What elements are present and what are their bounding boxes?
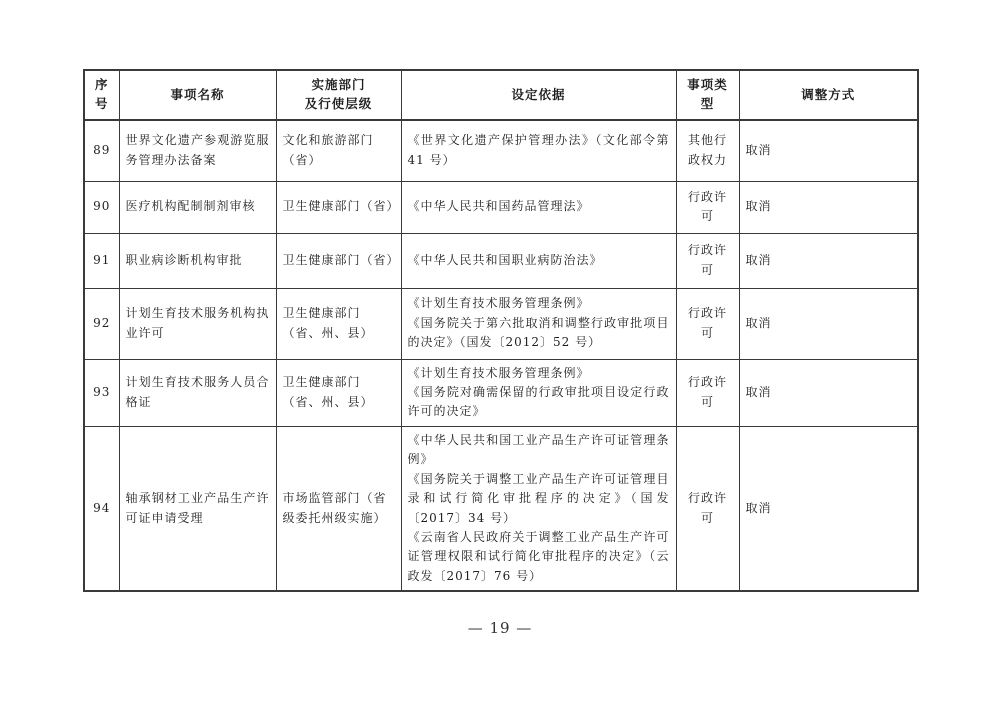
page-number: — 19 —: [0, 619, 1000, 637]
column-header-basis: 设定依据: [401, 70, 676, 120]
column-header-adjust: 调整方式: [739, 70, 918, 120]
document-page: 序号 事项名称 实施部门 及行使层级 设定依据 事项类型 调整方式 89 世界文…: [0, 0, 1000, 707]
cell-item-type: 行政许可: [676, 426, 739, 591]
cell-department: 卫生健康部门（省）: [276, 233, 401, 288]
cell-item-name: 轴承钢材工业产品生产许可证申请受理: [119, 426, 276, 591]
cell-adjustment: 取消: [739, 359, 918, 426]
cell-item-name: 职业病诊断机构审批: [119, 233, 276, 288]
cell-department: 文化和旅游部门（省）: [276, 120, 401, 181]
cell-index: 90: [84, 181, 119, 233]
cell-legal-basis: 《中华人民共和国职业病防治法》: [401, 233, 676, 288]
items-table: 序号 事项名称 实施部门 及行使层级 设定依据 事项类型 调整方式 89 世界文…: [83, 69, 919, 592]
cell-adjustment: 取消: [739, 288, 918, 359]
cell-item-type: 行政许可: [676, 181, 739, 233]
cell-item-type: 行政许可: [676, 233, 739, 288]
cell-index: 89: [84, 120, 119, 181]
table-row: 92 计划生育技术服务机构执业许可 卫生健康部门（省、州、县） 《计划生育技术服…: [84, 288, 918, 359]
cell-legal-basis: 《中华人民共和国工业产品生产许可证管理条例》 《国务院关于调整工业产品生产许可证…: [401, 426, 676, 591]
cell-department: 卫生健康部门（省、州、县）: [276, 359, 401, 426]
cell-item-name: 计划生育技术服务机构执业许可: [119, 288, 276, 359]
cell-item-name: 医疗机构配制制剂审核: [119, 181, 276, 233]
cell-legal-basis: 《计划生育技术服务管理条例》 《国务院关于第六批取消和调整行政审批项目的决定》（…: [401, 288, 676, 359]
cell-index: 94: [84, 426, 119, 591]
cell-legal-basis: 《世界文化遗产保护管理办法》（文化部令第 41 号）: [401, 120, 676, 181]
cell-adjustment: 取消: [739, 233, 918, 288]
cell-index: 93: [84, 359, 119, 426]
table-row: 91 职业病诊断机构审批 卫生健康部门（省） 《中华人民共和国职业病防治法》 行…: [84, 233, 918, 288]
table-row: 90 医疗机构配制制剂审核 卫生健康部门（省） 《中华人民共和国药品管理法》 行…: [84, 181, 918, 233]
column-header-index: 序号: [84, 70, 119, 120]
table-header-row: 序号 事项名称 实施部门 及行使层级 设定依据 事项类型 调整方式: [84, 70, 918, 120]
table-row: 93 计划生育技术服务人员合格证 卫生健康部门（省、州、县） 《计划生育技术服务…: [84, 359, 918, 426]
cell-adjustment: 取消: [739, 181, 918, 233]
cell-item-type: 行政许可: [676, 288, 739, 359]
cell-index: 91: [84, 233, 119, 288]
table-row: 94 轴承钢材工业产品生产许可证申请受理 市场监管部门（省级委托州级实施） 《中…: [84, 426, 918, 591]
column-header-dept: 实施部门 及行使层级: [276, 70, 401, 120]
cell-department: 市场监管部门（省级委托州级实施）: [276, 426, 401, 591]
cell-item-name: 计划生育技术服务人员合格证: [119, 359, 276, 426]
cell-item-name: 世界文化遗产参观游览服务管理办法备案: [119, 120, 276, 181]
cell-department: 卫生健康部门（省、州、县）: [276, 288, 401, 359]
cell-item-type: 其他行政权力: [676, 120, 739, 181]
cell-legal-basis: 《计划生育技术服务管理条例》 《国务院对确需保留的行政审批项目设定行政许可的决定…: [401, 359, 676, 426]
column-header-type: 事项类型: [676, 70, 739, 120]
cell-legal-basis: 《中华人民共和国药品管理法》: [401, 181, 676, 233]
cell-adjustment: 取消: [739, 426, 918, 591]
cell-department: 卫生健康部门（省）: [276, 181, 401, 233]
column-header-name: 事项名称: [119, 70, 276, 120]
cell-index: 92: [84, 288, 119, 359]
table-row: 89 世界文化遗产参观游览服务管理办法备案 文化和旅游部门（省） 《世界文化遗产…: [84, 120, 918, 181]
cell-adjustment: 取消: [739, 120, 918, 181]
cell-item-type: 行政许可: [676, 359, 739, 426]
